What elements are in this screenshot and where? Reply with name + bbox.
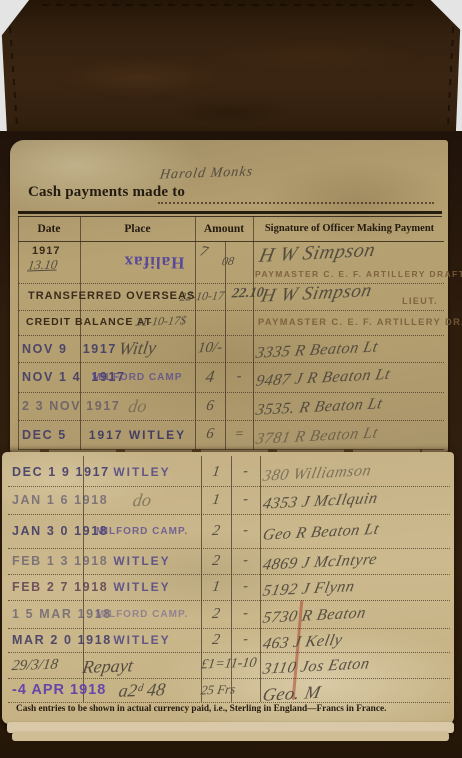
officer-signature: Geo R Beaton Lt [257, 517, 453, 545]
payment-row: DEC 1 9 1917 WITLEY 1 - 380 Williamson [8, 458, 450, 487]
column-header-signature: Signature of Officer Making Payment [253, 223, 446, 234]
date-stamp: FEB 1 3 1918 [8, 554, 83, 568]
officer-signature: 3335 R Beaton Lt [250, 335, 447, 363]
paymaster-stamp: PAYMASTER C. E. F. ARTILLERY DRAFTS. [255, 269, 462, 279]
payment-row: TRANSFERRED OVERSEAS 22-10-17 22.10 H W … [18, 283, 444, 311]
payment-row: JAN 1 6 1918 do 1 - 4353 J McIlquin [8, 486, 450, 515]
header-rule-thin [18, 216, 442, 217]
date-handwritten: 29/3/18 [7, 655, 85, 675]
amount-pence [225, 406, 253, 407]
leather-grain [0, 0, 462, 141]
place-entry: do [81, 487, 203, 512]
page-title: Cash payments made to [28, 184, 185, 201]
officer-signature: 380 Williamson [257, 458, 453, 486]
payment-row: 1 5 MAR 1918 MILFORD CAMP. 2 - 5730 R Be… [8, 600, 450, 629]
payment-row: FEB 2 7 1918 WITLEY 1 - 5192 J Flynn [8, 574, 450, 601]
date-stamp: DEC 1 9 1917 [8, 465, 83, 479]
date-handwritten: 13.10 [27, 256, 59, 273]
place-stamp: MILFORD CAMP. [83, 526, 201, 537]
payment-row: 29/3/18 Repayt £1=11-10 3110 Jos Eaton [8, 652, 450, 679]
amount-shillings: 2 [200, 605, 233, 623]
amount-pence: - [230, 491, 261, 508]
amount-pence: - [230, 578, 261, 595]
ledger-entry-stamp: CREDIT BALANCE AT [26, 316, 152, 328]
amount-pence [225, 348, 253, 349]
officer-signature: 3110 Jos Eaton [257, 651, 453, 679]
date-stamp: JAN 1 6 1918 [8, 493, 83, 507]
place-entry: do [78, 393, 197, 418]
officer-signature: 4353 J McIlquin [257, 486, 453, 514]
officer-signature: 3781 R Beaton Lt [250, 421, 447, 449]
payment-row: 2 3 NOV 1917 do 6 3535. R Beaton Lt [18, 392, 444, 421]
place-stamp-halifax: Halifax [102, 251, 206, 273]
amount-pence: - [230, 463, 261, 480]
date-stamp: 2 3 NOV 1917 [18, 399, 80, 413]
amount-handwritten: £1=11-10 [200, 656, 232, 673]
officer-signature: Geo. M [257, 675, 453, 706]
payment-row: 1917 13.10 Halifax 7 08 H W Simpson PAYM… [18, 242, 444, 284]
column-header-place: Place [80, 223, 195, 235]
amount-shillings: 2 [200, 522, 233, 540]
leather-cover-flap [0, 0, 462, 141]
officer-signature: 463 J Kelly [257, 626, 453, 654]
amount-pence: - [230, 552, 261, 569]
amount-pence: = [224, 426, 254, 443]
entry-date-handwritten: 31-10-17$ [135, 313, 187, 330]
payment-row: JAN 3 0 1918 MILFORD CAMP. 2 - Geo R Bea… [8, 514, 450, 549]
officer-signature: 5192 J Flynn [257, 573, 453, 601]
place-entry: Repayt [81, 652, 203, 677]
amount-shillings: 2 [200, 631, 233, 649]
place-stamp: WITLEY [83, 633, 201, 647]
payee-dotted-line [158, 202, 434, 204]
ledger-entry-stamp: TRANSFERRED OVERSEAS [28, 290, 195, 302]
column-header-date: Date [18, 223, 80, 235]
date-year-printed: 1917 [32, 245, 60, 257]
paybook-photo: Cash payments made to Harold Monks Date … [0, 0, 462, 758]
paybook-page-bottom: DEC 1 9 1917 WITLEY 1 - 380 Williamson J… [2, 452, 454, 724]
place-stamp: 1917 WITLEY [80, 428, 195, 442]
payment-row: MAR 2 0 1918 WITLEY 2 - 463 J Kelly [8, 628, 450, 653]
currency-footnote: Cash entries to be shown in actual curre… [16, 704, 446, 714]
place-stamp: WITLEY [83, 580, 201, 594]
amount-pence: - [230, 631, 261, 648]
date-stamp: NOV 9 1917 [18, 342, 80, 356]
payment-row: DEC 5 1917 WITLEY 6 = 3781 R Beaton Lt [18, 420, 444, 450]
date-stamp: FEB 2 7 1918 [8, 580, 83, 594]
header-rule-thick [18, 211, 442, 214]
date-stamp: MAR 2 0 1918 [8, 633, 83, 647]
amount-shillings: 1 [200, 578, 233, 596]
officer-signature: 9487 J R Beaton Lt [250, 363, 447, 391]
amount-pence: - [224, 369, 254, 386]
amount-shillings: 6 [194, 425, 227, 443]
payment-row: CREDIT BALANCE AT 31-10-17$ PAYMASTER C.… [18, 310, 444, 336]
officer-signature: H W Simpson [253, 239, 377, 268]
amount-shillings: 10/- [194, 339, 227, 357]
amount-pence: - [230, 522, 261, 539]
payment-row: NOV 9 1917 Witly 10/- 3335 R Beaton Lt [18, 335, 444, 363]
officer-signature: 3535. R Beaton Lt [250, 392, 447, 420]
place-entry: Witly [78, 336, 197, 361]
date-stamp: NOV 1 4 1917 [18, 370, 80, 384]
page-edge [12, 732, 449, 741]
amount-shillings: 7 [198, 243, 209, 261]
officer-signature: 5730 R Beaton [257, 600, 453, 628]
date-stamp: DEC 5 [18, 428, 80, 442]
amount-pence: 08 [221, 254, 235, 269]
amount-shillings: 6 [194, 397, 227, 415]
payment-row: FEB 1 3 1918 WITLEY 2 - 4869 J McIntyre [8, 548, 450, 575]
date-stamp: -4 APR 1918 [8, 682, 83, 698]
date-stamp: 1 5 MAR 1918 [8, 607, 83, 621]
cover-stitching-top [42, 4, 416, 6]
amount-pence: - [230, 605, 261, 622]
date-stamp: JAN 3 0 1918 [8, 524, 83, 538]
amount-shillings: 4 [194, 366, 227, 387]
payment-row: -4 APR 1918 a2ᵈ 48 25 Frs Geo. M [8, 678, 450, 703]
paymaster-stamp: PAYMASTER C. E. F. ARTILLERY DRAFTS [258, 317, 462, 327]
officer-signature: 4869 J McIntyre [257, 547, 453, 575]
officer-signature: H W Simpson [255, 280, 374, 308]
rank-stamp: LIEUT. [402, 296, 438, 306]
payee-signature: Harold Monks [159, 164, 255, 183]
place-stamp: WITLEY [83, 465, 201, 479]
amount-shillings: 2 [200, 552, 233, 570]
entry-date-handwritten: 22-10-17 [179, 288, 225, 305]
column-header-amount: Amount [195, 223, 253, 235]
place-stamp: MILFORD CAMP [80, 372, 195, 383]
place-entry: a2ᵈ 48 [81, 677, 203, 702]
payment-row: NOV 1 4 1917 MILFORD CAMP 4 - 9487 J R B… [18, 362, 444, 393]
amount-shillings: 1 [200, 463, 233, 481]
place-stamp: MILFORD CAMP. [83, 609, 201, 620]
amount-handwritten: 25 Frs [200, 681, 232, 698]
amount-shillings: 1 [200, 491, 233, 509]
paybook-page-top: Cash payments made to Harold Monks Date … [10, 140, 448, 452]
